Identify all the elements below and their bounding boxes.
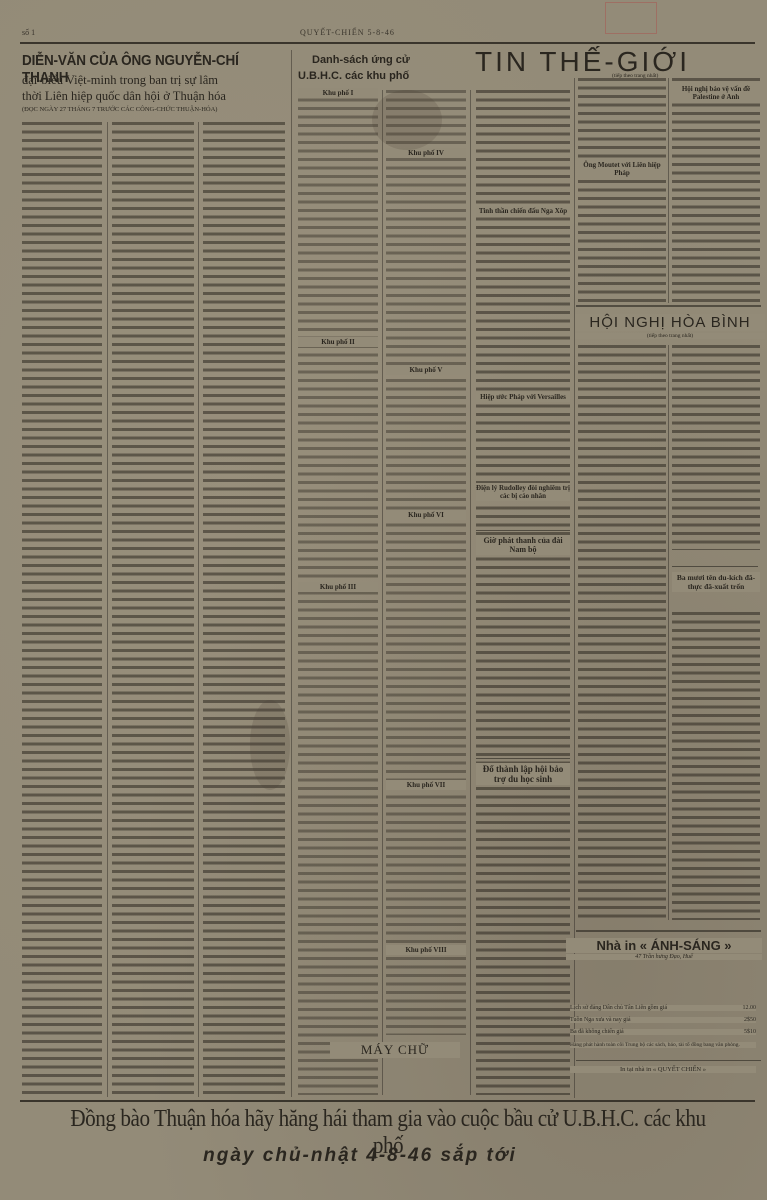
column-divider [470,90,471,1095]
library-stamp [605,2,657,34]
typewriter-ad-title: MÁY CHỮ [330,1042,460,1058]
student-aid-headline: Đổ thành lập hội bảo trợ du học sinh [476,763,570,785]
world-subhead: Điện lý Rudolley đòi nghiêm trị các bị c… [476,483,570,501]
candidates-column-1 [298,90,378,1095]
speech-column-1 [22,122,102,1097]
ad-price-line: Tuồn Nga xưa và nay giá2$50 [570,1017,756,1023]
section-label: Khu phố VII [386,780,466,790]
column-divider [291,50,292,1097]
peace-column-2 [672,345,760,550]
newspaper-page: số 1 QUYẾT-CHIẾN 5-8-46 DIỄN-VĂN CỦA ÔNG… [0,0,767,1200]
ad-price-line: Ba đã không chiến giá5$10 [570,1029,756,1035]
peace-conference-headline: HỘI NGHỊ HÒA BÌNH [575,314,765,331]
world-subhead: Ông Moutet với Liên hiệp Pháp [578,160,666,178]
speech-note: (ĐỌC NGÀY 27 THÁNG 7 TRƯỚC CÁC CÔNG-CHỨC… [22,106,288,113]
bottom-rule [20,1100,755,1102]
section-rule [476,758,570,759]
printing-ad-address: 47 Trần hưng Đạo, Huế [566,954,762,960]
candidates-headline: Danh-sách ứng cử U.B.H.C. các khu phố [298,52,478,84]
section-label: Khu phố V [386,365,466,375]
world-news-column-1 [476,90,570,1095]
candidates-column-2 [386,90,466,1035]
peace-column-1 [578,345,666,920]
section-rule [476,530,570,531]
section-label: Khu phố VIII [386,945,466,955]
section-label: Khu phố I [298,88,378,98]
world-subhead: Hội nghị bảo vệ vấn đề Palestine ở Anh [672,84,760,102]
section-label: Khu phố IV [386,148,466,158]
world-subhead: Tinh thần chiến đấu Nga Xôp [476,206,570,216]
column-divider [382,90,383,1095]
section-label: Khu phố III [298,582,378,592]
speech-subheadline: đại-biểu Việt-minh trong ban trị sự lâm … [22,72,288,104]
top-rule [20,36,755,44]
election-date-banner: ngày chủ-nhật 4-8-46 sắp tới [80,1145,640,1167]
section-rule [672,566,758,567]
announcement-headline: Ba mươi tên du-kích đã-thực đã-xuất trốn [672,572,760,592]
printing-ad-title: Nhà in « ÁNH-SÁNG » [566,938,762,953]
ad-rule [576,1060,761,1061]
announcement-column [672,612,760,920]
section-label: Khu phố II [298,337,378,347]
column-divider [668,78,669,303]
ad-footer: Hàng phát hành toàn cõi Trung bộ các sác… [570,1042,756,1048]
ad-rule [576,930,761,932]
world-news-column-2 [578,78,666,303]
printer-line: In tại nhà in « QUYẾT CHIẾN » [570,1066,756,1073]
peace-conference-continued: (tiếp theo trang nhất) [575,333,765,339]
paper-stain [372,90,442,150]
speech-column-2 [112,122,194,1097]
section-rule [576,305,761,307]
column-divider [668,345,669,920]
column-divider [107,122,108,1097]
ad-price-line: Lịch sử đảng Dân chủ Tân Liên gồm giá12.… [570,1005,756,1011]
world-subhead: Hiệp ước Pháp với Versailles [476,392,570,402]
paper-stain [250,700,290,790]
radio-headline: Giờ phát thanh của đài Nam bộ [476,535,570,555]
section-label: Khu phố VI [386,510,466,520]
speech-column-3 [203,122,285,1097]
column-divider [198,122,199,1097]
world-news-column-3 [672,78,760,303]
